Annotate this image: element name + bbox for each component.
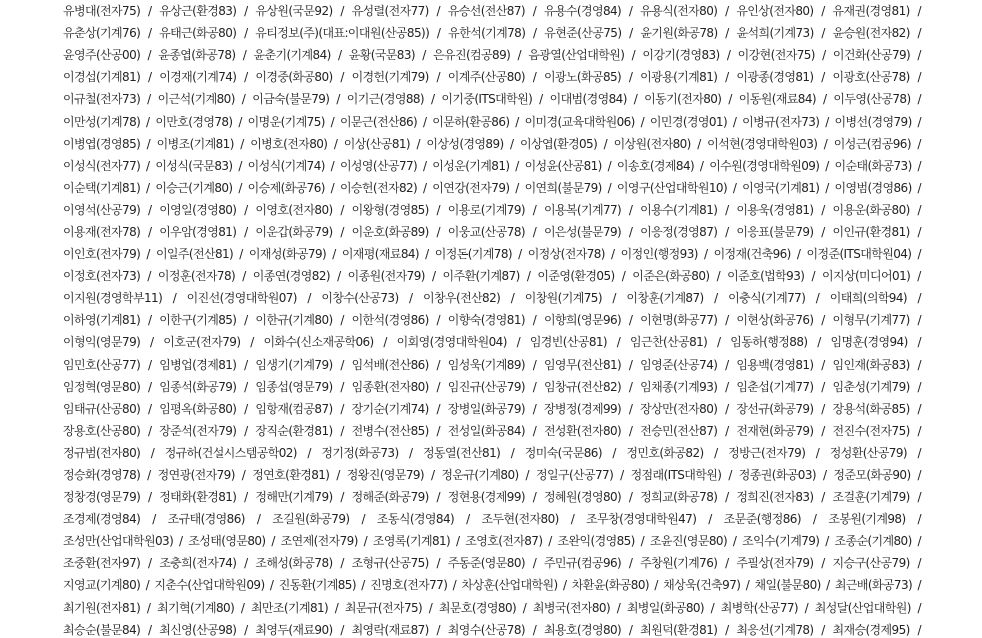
separator: / bbox=[147, 597, 150, 619]
donor-entry: 이성식(기계74) bbox=[248, 155, 325, 177]
donor-entry: 장기순(기계74) bbox=[352, 398, 429, 420]
donor-entry: 정민호(화공82) bbox=[626, 442, 703, 464]
separator: / bbox=[725, 221, 728, 243]
donor-line: 이성식(전자77)/이성식(국문83)/이성식(기계74)/이성영(산공77)/… bbox=[63, 155, 921, 177]
donor-entry: 이충식(기계77) bbox=[728, 287, 805, 309]
donor-entry: 이태희(의학94) bbox=[830, 287, 907, 309]
separator: / bbox=[629, 66, 632, 88]
separator: / bbox=[533, 420, 536, 442]
separator: / bbox=[337, 265, 340, 287]
donor-entry: 이용재(전자78) bbox=[63, 221, 140, 243]
donor-entry: 정미숙(국문86) bbox=[525, 442, 602, 464]
separator: / bbox=[821, 376, 824, 398]
donor-entry: 이일주(전산81) bbox=[156, 243, 233, 265]
donor-entry: 임태규(산공80) bbox=[63, 398, 140, 420]
donor-entry: 유용수(경영84) bbox=[544, 0, 621, 22]
separator: / bbox=[146, 243, 149, 265]
separator: / bbox=[244, 354, 247, 376]
separator: / bbox=[717, 331, 720, 353]
donor-entry: 이대범(경영84) bbox=[550, 88, 627, 110]
donor-entry: 전진수(전자75) bbox=[833, 420, 910, 442]
donor-entry: 조두현(전자80) bbox=[482, 508, 559, 530]
donor-entry: 임석배(전산86) bbox=[352, 354, 429, 376]
donor-entry: 이만호(경영78) bbox=[155, 111, 232, 133]
separator: / bbox=[629, 0, 632, 22]
separator: / bbox=[821, 309, 824, 331]
donor-entry: 정희교(화공78) bbox=[640, 486, 717, 508]
donor-entry: 최문호(경영80) bbox=[439, 597, 516, 619]
separator: / bbox=[271, 530, 274, 552]
separator: / bbox=[148, 398, 151, 420]
donor-entry: 전성환(전자80) bbox=[544, 420, 621, 442]
donor-entry: 이한규(기계80) bbox=[255, 309, 332, 331]
separator: / bbox=[727, 44, 730, 66]
donor-entry: 이회영(경영대학원04) bbox=[397, 331, 507, 353]
separator: / bbox=[331, 177, 334, 199]
donor-entry: 이응표(불문79) bbox=[736, 221, 813, 243]
separator: / bbox=[437, 309, 440, 331]
donor-entry: 이강기(경영83) bbox=[642, 44, 719, 66]
separator: / bbox=[825, 111, 828, 133]
separator: / bbox=[733, 111, 736, 133]
donor-line: 임민호(산공77)/임병업(경제81)/임생기(기계79)/임석배(전산86)/… bbox=[63, 354, 921, 376]
separator: / bbox=[173, 287, 176, 309]
donor-entry: 장선규(화공79) bbox=[736, 398, 813, 420]
donor-entry: 이광용(기계81) bbox=[640, 66, 717, 88]
donor-entry: 이계주(산공80) bbox=[448, 66, 525, 88]
separator: / bbox=[917, 376, 920, 398]
donor-entry: 이정돈(기계78) bbox=[435, 243, 512, 265]
separator: / bbox=[241, 597, 244, 619]
donor-entry: 이운호(화공89) bbox=[352, 221, 429, 243]
donor-entry: 이미경(교육대학원06) bbox=[525, 111, 635, 133]
donor-entry: 이형무(기계77) bbox=[833, 309, 910, 331]
donor-entry: 이왕형(경영85) bbox=[352, 199, 429, 221]
separator: / bbox=[917, 133, 920, 155]
donor-entry: 이연강(전자79) bbox=[432, 177, 509, 199]
separator: / bbox=[918, 508, 921, 530]
separator: / bbox=[244, 486, 247, 508]
separator: / bbox=[148, 22, 151, 44]
separator: / bbox=[805, 597, 808, 619]
donor-entry: 조중환(전자97) bbox=[63, 552, 140, 574]
donor-entry: 진동환(기계85) bbox=[279, 574, 356, 596]
donor-entry: 이병조(기계81) bbox=[157, 133, 234, 155]
donor-entry: 이재성(화공79) bbox=[249, 243, 326, 265]
donor-entry: 이화수(신소재공학06) bbox=[263, 331, 373, 353]
separator: / bbox=[917, 199, 920, 221]
separator: / bbox=[331, 155, 334, 177]
separator: / bbox=[437, 199, 440, 221]
donor-entry: 이용운(화공80) bbox=[833, 199, 910, 221]
donor-entry: 이호군(전자79) bbox=[163, 331, 240, 353]
separator: / bbox=[725, 552, 728, 574]
separator: / bbox=[700, 155, 703, 177]
donor-entry: 정기정(화공73) bbox=[321, 442, 398, 464]
separator: / bbox=[238, 111, 241, 133]
donor-entry: 이경중(화공80) bbox=[255, 66, 332, 88]
separator: / bbox=[340, 486, 343, 508]
separator: / bbox=[725, 199, 728, 221]
separator: / bbox=[823, 464, 826, 486]
donor-entry: 이응정(경영87) bbox=[640, 221, 717, 243]
separator: / bbox=[148, 66, 151, 88]
donor-entry: 임종섭(영문79) bbox=[255, 376, 332, 398]
donor-entry: 이문근(전산86) bbox=[340, 111, 417, 133]
donor-entry: 임종환(전자80) bbox=[352, 376, 429, 398]
separator: / bbox=[240, 133, 243, 155]
donor-entry: 이용로(기계79) bbox=[448, 199, 525, 221]
donor-entry: 진명호(전자77) bbox=[370, 574, 447, 596]
donor-entry: 정창경(영문79) bbox=[63, 486, 140, 508]
donor-entry: 정혜원(경영80) bbox=[544, 486, 621, 508]
donor-line: 정규범(전자80)/정규하(건설시스템공학02)/정기정(화공73)/정동열(전… bbox=[63, 442, 921, 464]
separator: / bbox=[431, 88, 434, 110]
separator: / bbox=[917, 309, 920, 331]
donor-entry: 이승근(기계80) bbox=[155, 177, 232, 199]
separator: / bbox=[244, 398, 247, 420]
donor-entry: 이광종(경영81) bbox=[736, 66, 813, 88]
donor-entry: 조규태(경영86) bbox=[168, 508, 245, 530]
separator: / bbox=[148, 552, 151, 574]
donor-entry: 정성환(산공79) bbox=[830, 442, 907, 464]
donor-entry: 조익수(기계79) bbox=[742, 530, 819, 552]
separator: / bbox=[608, 155, 611, 177]
separator: / bbox=[242, 265, 245, 287]
donor-entry: 장용호(산공80) bbox=[63, 420, 140, 442]
separator: / bbox=[533, 619, 536, 638]
donor-entry: 이우암(경영81) bbox=[159, 221, 236, 243]
separator: / bbox=[918, 88, 921, 110]
donor-entry: 이동기(전자80) bbox=[644, 88, 721, 110]
separator: / bbox=[641, 111, 644, 133]
separator: / bbox=[817, 331, 820, 353]
separator: / bbox=[717, 265, 720, 287]
donor-entry: 최병국(전자80) bbox=[533, 597, 610, 619]
separator: / bbox=[527, 265, 530, 287]
separator: / bbox=[242, 88, 245, 110]
separator: / bbox=[917, 221, 920, 243]
donor-entry: 조걸훈(기계79) bbox=[833, 486, 910, 508]
separator: / bbox=[708, 508, 711, 530]
separator: / bbox=[918, 597, 921, 619]
separator: / bbox=[244, 420, 247, 442]
donor-entry: 이상(산공81) bbox=[344, 133, 410, 155]
donor-entry: 이성윤(산공81) bbox=[525, 155, 602, 177]
donor-entry: 유춘상(기계76) bbox=[63, 22, 140, 44]
donor-entry: 이동원(재료84) bbox=[739, 88, 816, 110]
donor-entry: 조동식(경영84) bbox=[377, 508, 454, 530]
donor-entry: 이성근(컴공96) bbox=[834, 133, 911, 155]
separator: / bbox=[152, 508, 155, 530]
separator: / bbox=[340, 420, 343, 442]
separator: / bbox=[612, 442, 615, 464]
separator: / bbox=[307, 287, 310, 309]
separator: / bbox=[146, 177, 149, 199]
donor-entry: 주필상(전자79) bbox=[736, 552, 813, 574]
donor-entry: 정연호(환경81) bbox=[252, 464, 329, 486]
separator: / bbox=[437, 486, 440, 508]
separator: / bbox=[148, 376, 151, 398]
donor-entry: 이향숙(경영81) bbox=[448, 309, 525, 331]
donor-entry: 이기근(경영88) bbox=[347, 88, 424, 110]
separator: / bbox=[148, 0, 151, 22]
donor-entry: 최신영(산공98) bbox=[159, 619, 236, 638]
donor-entry: 임춘성(기계79) bbox=[833, 376, 910, 398]
donor-entry: 이준은(화공80) bbox=[632, 265, 709, 287]
separator: / bbox=[148, 619, 151, 638]
donor-entry: 이경헌(기계79) bbox=[352, 66, 429, 88]
separator: / bbox=[917, 486, 920, 508]
donor-entry: 임영무(전산81) bbox=[544, 354, 621, 376]
donor-entry: 임용백(경영81) bbox=[736, 354, 813, 376]
donor-entry: 장상만(전자80) bbox=[640, 398, 717, 420]
donor-entry: 이인호(전자79) bbox=[63, 243, 140, 265]
separator: / bbox=[629, 420, 632, 442]
donor-entry: 조봉원(기계98) bbox=[828, 508, 905, 530]
separator: / bbox=[823, 88, 826, 110]
separator: / bbox=[334, 133, 337, 155]
donor-entry: 임병업(경제81) bbox=[159, 354, 236, 376]
donor-entry: 임영준(산공74) bbox=[640, 354, 717, 376]
donor-entry: 이은성(불문79) bbox=[544, 221, 621, 243]
donor-line: 이만성(기계78)/이만호(경영78)/이명운(기계75)/이문근(전산86)/… bbox=[63, 110, 921, 132]
donor-entry: 정운규(기계80) bbox=[441, 464, 518, 486]
donor-line: 장용호(산공80)/장준석(전자79)/장직순(환경81)/전병수(전산85)/… bbox=[63, 420, 921, 442]
donor-line: 이경섭(기계81)/이경재(기계74)/이경중(화공80)/이경헌(기계79)/… bbox=[63, 66, 921, 88]
donor-entry: 주창원(기계76) bbox=[640, 552, 717, 574]
donor-entry: 이하영(기계81) bbox=[63, 309, 140, 331]
donor-entry: 임창규(전산82) bbox=[544, 376, 621, 398]
donor-entry: 유성렬(전자77) bbox=[352, 0, 429, 22]
donor-line: 임정혁(영문80)/임종석(화공79)/임종섭(영문79)/임종환(전자80)/… bbox=[63, 376, 921, 398]
donor-entry: 이민경(경영01) bbox=[650, 111, 727, 133]
donor-entry: 임근찬(산공81) bbox=[630, 331, 707, 353]
donor-entry: 임인재(화공83) bbox=[833, 354, 910, 376]
donor-entry: 이창우(전산82) bbox=[423, 287, 500, 309]
separator: / bbox=[453, 574, 456, 596]
separator: / bbox=[821, 619, 824, 638]
donor-entry: 이만성(기계78) bbox=[63, 111, 140, 133]
separator: / bbox=[338, 44, 341, 66]
separator: / bbox=[361, 574, 364, 596]
separator: / bbox=[611, 243, 614, 265]
separator: / bbox=[437, 552, 440, 574]
separator: / bbox=[146, 111, 149, 133]
separator: / bbox=[697, 133, 700, 155]
separator: / bbox=[456, 530, 459, 552]
donor-entry: 최재승(경제95) bbox=[833, 619, 910, 638]
donor-entry: 유인상(전자80) bbox=[736, 0, 813, 22]
donor-entry: 유태근(화공80) bbox=[159, 22, 236, 44]
separator: / bbox=[629, 552, 632, 574]
donor-line: 유춘상(기계76)/유태근(화공80)/유티정보(주)(대표:이대원(산공85)… bbox=[63, 22, 921, 44]
donor-entry: 임종석(화공79) bbox=[159, 376, 236, 398]
separator: / bbox=[725, 420, 728, 442]
separator: / bbox=[340, 619, 343, 638]
separator: / bbox=[612, 287, 615, 309]
donor-line: 지영교(기계80)/지춘수(산업대학원09)/진동환(기계85)/진명호(전자7… bbox=[63, 574, 921, 596]
donor-entry: 이창수(산공73) bbox=[321, 287, 398, 309]
separator: / bbox=[629, 309, 632, 331]
donor-entry: 이명운(기계75) bbox=[248, 111, 325, 133]
donor-entry: 윤승원(전자82) bbox=[833, 22, 910, 44]
separator: / bbox=[821, 486, 824, 508]
separator: / bbox=[437, 221, 440, 243]
donor-entry: 최성달(산업대학원) bbox=[815, 597, 911, 619]
donor-entry: 음광열(산업대학원) bbox=[528, 44, 624, 66]
donor-entry: 최병학(산공77) bbox=[721, 597, 798, 619]
separator: / bbox=[634, 88, 637, 110]
separator: / bbox=[336, 464, 339, 486]
separator: / bbox=[620, 464, 623, 486]
separator: / bbox=[146, 574, 149, 596]
separator: / bbox=[746, 574, 749, 596]
separator: / bbox=[511, 442, 514, 464]
separator: / bbox=[725, 309, 728, 331]
donor-entry: 유재권(경영81) bbox=[833, 0, 910, 22]
donor-entry: 최문규(전자75) bbox=[345, 597, 422, 619]
separator: / bbox=[148, 420, 151, 442]
separator: / bbox=[533, 486, 536, 508]
separator: / bbox=[917, 331, 920, 353]
donor-entry: 이영범(경영86) bbox=[834, 177, 911, 199]
donor-entry: 조영호(전자87) bbox=[465, 530, 542, 552]
separator: / bbox=[821, 552, 824, 574]
separator: / bbox=[244, 309, 247, 331]
separator: / bbox=[821, 0, 824, 22]
donor-entry: 이향희(영문96) bbox=[544, 309, 621, 331]
separator: / bbox=[437, 354, 440, 376]
donor-entry: 정왕진(영문79) bbox=[347, 464, 424, 486]
separator: / bbox=[523, 597, 526, 619]
donor-line: 이영석(산공79)/이영일(경영80)/이영호(전자80)/이왕형(경영85)/… bbox=[63, 199, 921, 221]
separator: / bbox=[409, 442, 412, 464]
donor-entry: 이규철(전자73) bbox=[63, 88, 140, 110]
donor-entry: 이지상(미디어01) bbox=[822, 265, 910, 287]
separator: / bbox=[917, 265, 920, 287]
donor-entry: 윤황(국문83) bbox=[349, 44, 415, 66]
donor-entry: 이순태(화공73) bbox=[834, 155, 911, 177]
separator: / bbox=[917, 287, 920, 309]
donor-entry: 지춘수(산업대학원09) bbox=[154, 574, 264, 596]
donor-entry: 임성욱(기계89) bbox=[448, 354, 525, 376]
donor-entry: 조연제(전자79) bbox=[281, 530, 358, 552]
separator: / bbox=[244, 66, 247, 88]
separator: / bbox=[654, 574, 657, 596]
separator: / bbox=[244, 22, 247, 44]
separator: / bbox=[148, 354, 151, 376]
separator: / bbox=[725, 66, 728, 88]
separator: / bbox=[179, 530, 182, 552]
donor-entry: 지영교(기계80) bbox=[63, 574, 140, 596]
separator: / bbox=[563, 574, 566, 596]
separator: / bbox=[629, 354, 632, 376]
separator: / bbox=[714, 442, 717, 464]
donor-entry: 조길원(화공79) bbox=[272, 508, 349, 530]
separator: / bbox=[437, 0, 440, 22]
separator: / bbox=[466, 508, 469, 530]
donor-entry: 전성일(화공84) bbox=[448, 420, 525, 442]
donor-entry: 장병일(화공79) bbox=[448, 398, 525, 420]
donor-entry: 윤춘기(기계84) bbox=[254, 44, 331, 66]
separator: / bbox=[526, 464, 529, 486]
donor-entry: 이준호(법학93) bbox=[727, 265, 804, 287]
separator: / bbox=[725, 619, 728, 638]
separator: / bbox=[409, 287, 412, 309]
separator: / bbox=[825, 530, 828, 552]
donor-line: 임태규(산공80)/임평옥(화공80)/임항재(컴공87)/장기순(기계74)/… bbox=[63, 398, 921, 420]
separator: / bbox=[533, 66, 536, 88]
separator: / bbox=[340, 309, 343, 331]
donor-entry: 정동열(전산81) bbox=[423, 442, 500, 464]
donor-entry: 최근배(화공73) bbox=[835, 574, 912, 596]
donor-line: 윤영주(산공00)/윤종엽(화공78)/윤춘기(기계84)/윤황(국문83)/은… bbox=[63, 44, 921, 66]
separator: / bbox=[629, 619, 632, 638]
donor-entry: 유상근(환경83) bbox=[159, 0, 236, 22]
donor-entry: 윤영주(산공00) bbox=[63, 44, 140, 66]
separator: / bbox=[821, 398, 824, 420]
separator: / bbox=[711, 597, 714, 619]
donor-entry: 이정호(전자73) bbox=[63, 265, 140, 287]
donor-entry: 정승화(경영78) bbox=[63, 464, 140, 486]
donor-entry: 이성식(국문83) bbox=[155, 155, 232, 177]
separator: / bbox=[437, 66, 440, 88]
separator: / bbox=[714, 287, 717, 309]
separator: / bbox=[437, 420, 440, 442]
donor-entry: 유상원(국문92) bbox=[255, 0, 332, 22]
separator: / bbox=[725, 376, 728, 398]
donor-entry: 이성영(산공77) bbox=[340, 155, 417, 177]
separator: / bbox=[383, 331, 386, 353]
donor-entry: 임평옥(화공80) bbox=[159, 398, 236, 420]
donor-line: 최승순(불문84)/최신영(산공98)/최영두(재료90)/최영락(재료87)/… bbox=[63, 619, 921, 638]
separator: / bbox=[422, 44, 425, 66]
separator: / bbox=[340, 354, 343, 376]
donor-line: 이정호(전자73)/이정훈(전자78)/이종연(경영82)/이종원(전자79)/… bbox=[63, 265, 921, 287]
donor-entry: 이상원(전자80) bbox=[614, 133, 691, 155]
donor-entry: 이종연(경영82) bbox=[253, 265, 330, 287]
separator: / bbox=[518, 44, 521, 66]
separator: / bbox=[918, 464, 921, 486]
separator: / bbox=[617, 597, 620, 619]
separator: / bbox=[148, 486, 151, 508]
separator: / bbox=[423, 177, 426, 199]
separator: / bbox=[239, 243, 242, 265]
separator: / bbox=[432, 265, 435, 287]
donor-entry: 이성식(전자77) bbox=[63, 155, 140, 177]
separator: / bbox=[917, 398, 920, 420]
separator: / bbox=[821, 354, 824, 376]
separator: / bbox=[825, 177, 828, 199]
separator: / bbox=[243, 44, 246, 66]
donor-entry: 채상욱(건축97) bbox=[663, 574, 740, 596]
separator: / bbox=[617, 331, 620, 353]
donor-entry: 정규범(전자80) bbox=[63, 442, 140, 464]
separator: / bbox=[917, 574, 920, 596]
donor-entry: 유용식(전자80) bbox=[640, 0, 717, 22]
separator: / bbox=[604, 133, 607, 155]
donor-entry: 전승민(전산87) bbox=[640, 420, 717, 442]
donor-entry: 임채종(기계93) bbox=[640, 376, 717, 398]
donor-entry: 전병수(전산85) bbox=[352, 420, 429, 442]
donor-entry: 이재평(재료84) bbox=[342, 243, 419, 265]
donor-entry: 정희진(전자83) bbox=[736, 486, 813, 508]
separator: / bbox=[797, 243, 800, 265]
donor-entry: 정해만(기계79) bbox=[255, 486, 332, 508]
separator: / bbox=[632, 44, 635, 66]
separator: / bbox=[821, 221, 824, 243]
